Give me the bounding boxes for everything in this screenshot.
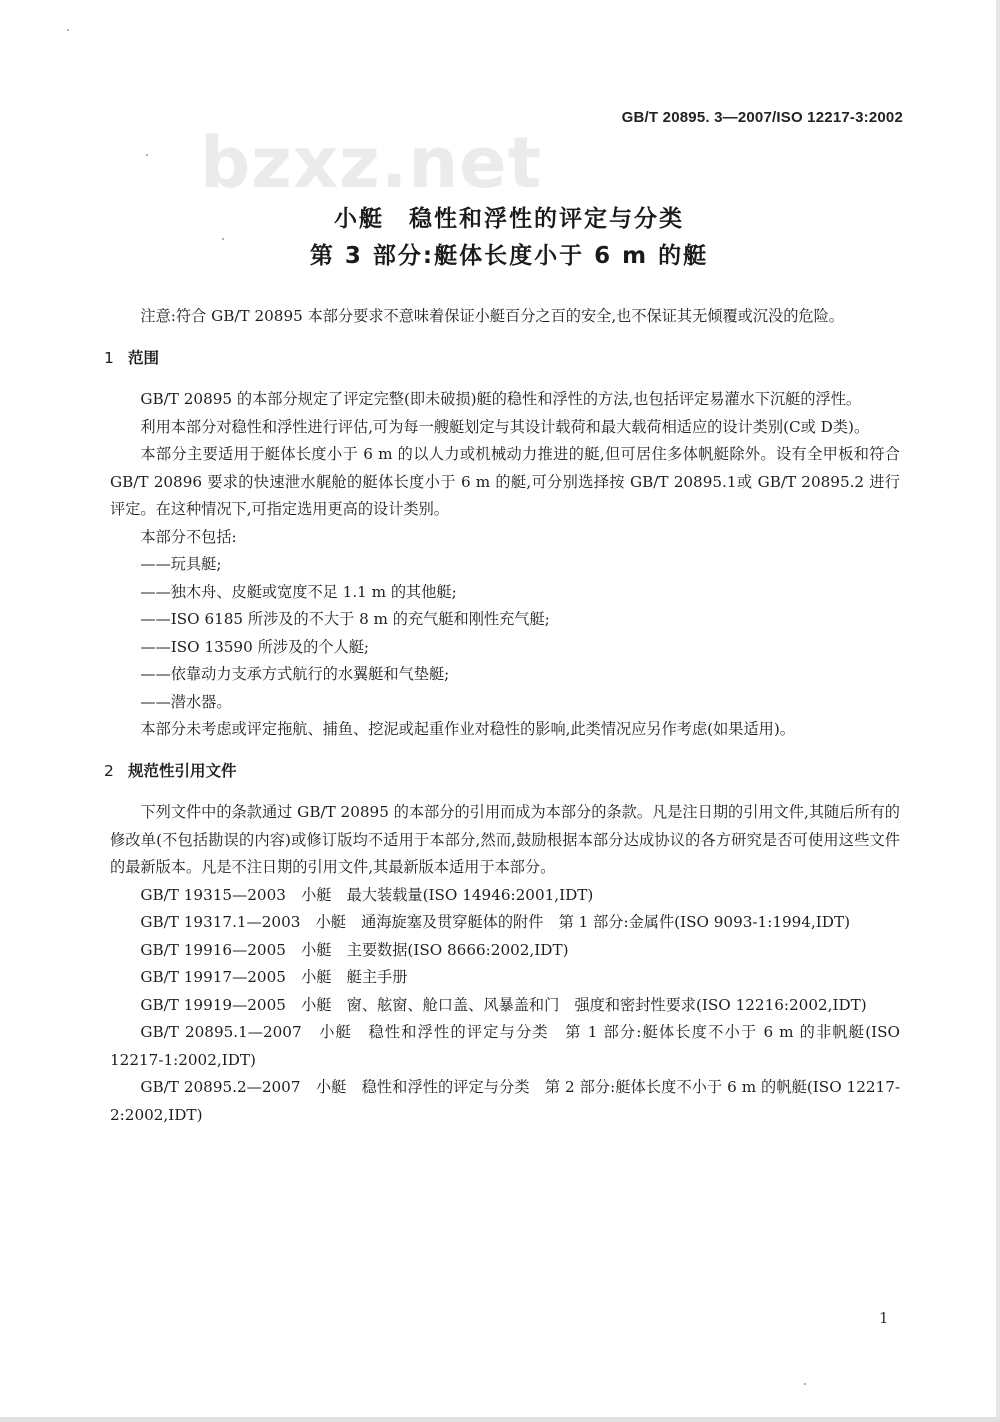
watermark: bzxz.net <box>200 128 542 198</box>
exclusion-item: ——ISO 13590 所涉及的个人艇; <box>110 634 900 662</box>
paragraph: 本部分主要适用于艇体长度小于 6 m 的以人力或机械动力推进的艇,但可居住多体帆… <box>110 441 900 524</box>
exclusion-item: ——玩具艇; <box>110 551 900 579</box>
scan-speck <box>804 1383 806 1385</box>
reference-item: GB/T 19317.1—2003 小艇 通海旋塞及贯穿艇体的附件 第 1 部分… <box>110 909 900 937</box>
exclusion-item: ——潜水器。 <box>110 689 900 717</box>
paragraph: 利用本部分对稳性和浮性进行评估,可为每一艘艇划定与其设计载荷和最大载荷相适应的设… <box>110 414 900 442</box>
reference-item: GB/T 19916—2005 小艇 主要数据(ISO 8666:2002,ID… <box>110 937 900 965</box>
reference-item: GB/T 20895.2—2007 小艇 稳性和浮性的评定与分类 第 2 部分:… <box>110 1074 900 1129</box>
document-title: 小艇 稳性和浮性的评定与分类 <box>9 200 1000 233</box>
section-heading-normative-references: 2规范性引用文件 <box>104 758 900 786</box>
reference-item: GB/T 19917—2005 小艇 艇主手册 <box>110 964 900 992</box>
paragraph: 本部分未考虑或评定拖航、捕鱼、挖泥或起重作业对稳性的影响,此类情况应另作考虑(如… <box>110 716 900 744</box>
page-number: 1 <box>879 1309 889 1327</box>
exclusion-item: ——ISO 6185 所涉及的不大于 8 m 的充气艇和刚性充气艇; <box>110 606 900 634</box>
document-subtitle: 第 3 部分:艇体长度小于 6 m 的艇 <box>9 237 1000 270</box>
section-number: 1 <box>104 345 128 373</box>
section-number: 2 <box>104 758 128 786</box>
reference-item: GB/T 19315—2003 小艇 最大装载量(ISO 14946:2001,… <box>110 882 900 910</box>
page-edge <box>0 1417 1000 1422</box>
paragraph: 下列文件中的条款通过 GB/T 20895 的本部分的引用而成为本部分的条款。凡… <box>110 799 900 882</box>
standard-code-header: GB/T 20895. 3—2007/ISO 12217-3:2002 <box>622 109 903 126</box>
exclusion-item: ——依靠动力支承方式航行的水翼艇和气垫艇; <box>110 661 900 689</box>
reference-item: GB/T 19919—2005 小艇 窗、舷窗、舱口盖、风暴盖和门 强度和密封性… <box>110 992 900 1020</box>
document-body: 注意:符合 GB/T 20895 本部分要求不意味着保证小艇百分之百的安全,也不… <box>110 303 900 1129</box>
section-title: 规范性引用文件 <box>128 762 237 780</box>
scan-speck <box>67 29 69 31</box>
scan-speck <box>146 154 148 156</box>
section-title: 范围 <box>128 349 159 367</box>
reference-item: GB/T 20895.1—2007 小艇 稳性和浮性的评定与分类 第 1 部分:… <box>110 1019 900 1074</box>
notice-paragraph: 注意:符合 GB/T 20895 本部分要求不意味着保证小艇百分之百的安全,也不… <box>110 303 900 331</box>
paragraph: GB/T 20895 的本部分规定了评定完整(即未破损)艇的稳性和浮性的方法,也… <box>110 386 900 414</box>
paragraph: 本部分不包括: <box>110 524 900 552</box>
section-heading-scope: 1范围 <box>104 345 900 373</box>
exclusion-item: ——独木舟、皮艇或宽度不足 1.1 m 的其他艇; <box>110 579 900 607</box>
